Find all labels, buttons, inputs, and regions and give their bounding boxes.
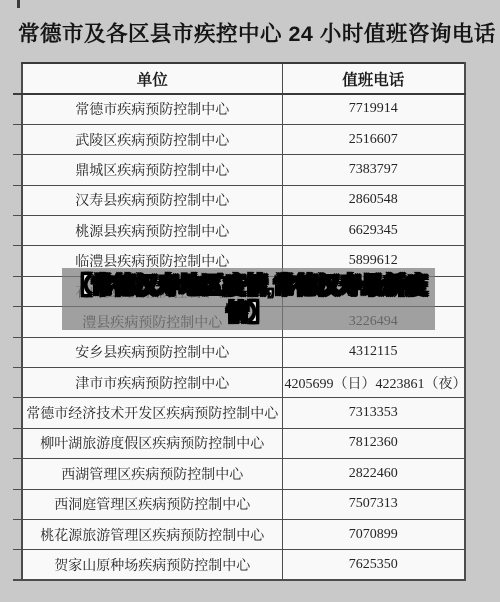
phone-cell: 7313353 [282,398,465,428]
phone-cell: 2822460 [282,459,465,489]
table-row: 津市市疾病预防控制中心 4205699（日）4223861（夜） [13,368,465,398]
unit-cell: 津市市疾病预防控制中心 [22,368,282,398]
row-left-stub [13,155,22,185]
row-left-stub [13,398,22,428]
phone-cell: 7719914 [282,94,465,124]
phone-cell: 7507313 [282,489,465,519]
table-row: 桃源县疾病预防控制中心 6629345 [13,216,465,246]
row-left-stub [13,94,22,124]
phone-cell: 6629345 [282,216,465,246]
phone-cell: 4205699（日）4223861（夜） [282,368,465,398]
table-row: 常德市疾病预防控制中心 7719914 [13,94,465,124]
row-left-stub [13,550,22,580]
unit-cell: 贺家山原种场疾病预防控制中心 [22,550,282,580]
table-row: 桃花源旅游管理区疾病预防控制中心 7070899 [13,519,465,549]
row-left-stub [13,519,22,549]
row-left-stub [13,185,22,215]
phone-cell: 7625350 [282,550,465,580]
table-row: 西湖管理区疾病预防控制中心 2822460 [13,459,465,489]
table-header-row: 单位 值班电话 [13,63,465,94]
unit-cell: 柳叶湖旅游度假区疾病预防控制中心 [22,428,282,458]
row-left-stub [13,124,22,154]
unit-cell: 桃源县疾病预防控制中心 [22,216,282,246]
unit-cell: 常德市疾病预防控制中心 [22,94,282,124]
unit-cell: 武陵区疾病预防控制中心 [22,124,282,154]
watermark-text-line2: 情】 [226,299,270,326]
document-stage: 常德市及各区县市疾控中心 24 小时值班咨询电话 单位 值班电话 常德市疾病预防… [0,0,500,602]
row-left-stub [13,368,22,398]
phone-cell: 2860548 [282,185,465,215]
unit-cell: 鼎城区疾病预防控制中心 [22,155,282,185]
table-row: 常德市经济技术开发区疾病预防控制中心 7313353 [13,398,465,428]
page: { "title": "常德市及各区县市疾控中心 24 小时值班咨询电话", "… [0,0,500,602]
phone-cell: 7812360 [282,428,465,458]
unit-cell: 西湖管理区疾病预防控制中心 [22,459,282,489]
column-header-phone: 值班电话 [282,63,465,94]
unit-cell: 桃花源旅游管理区疾病预防控制中心 [22,519,282,549]
row-left-stub [13,459,22,489]
row-left-stub [13,489,22,519]
table-row: 武陵区疾病预防控制中心 2516607 [13,124,465,154]
table-row: 西洞庭管理区疾病预防控制中心 7507313 [13,489,465,519]
row-left-stub [13,63,22,94]
table-row: 安乡县疾病预防控制中心 4312115 [13,337,465,367]
row-left-stub [13,246,22,276]
unit-cell: 安乡县疾病预防控制中心 [22,337,282,367]
crop-tick-mark [17,0,20,8]
table-row: 贺家山原种场疾病预防控制中心 7625350 [13,550,465,580]
row-left-stub [13,337,22,367]
phone-cell: 2516607 [282,124,465,154]
table-row: 鼎城区疾病预防控制中心 7383797 [13,155,465,185]
row-left-stub [13,307,22,337]
row-left-stub [13,428,22,458]
table-row: 汉寿县疾病预防控制中心 2860548 [13,185,465,215]
phone-cell: 4312115 [282,337,465,367]
row-left-stub [13,216,22,246]
watermark-overlay: 【常德汉寿地区疫情,常德汉寿最新疫 情】 [62,268,435,330]
column-header-unit: 单位 [22,63,282,94]
watermark-text-line1: 【常德汉寿地区疫情,常德汉寿最新疫 [69,272,427,299]
unit-cell: 常德市经济技术开发区疾病预防控制中心 [22,398,282,428]
unit-cell: 西洞庭管理区疾病预防控制中心 [22,489,282,519]
phone-cell: 7383797 [282,155,465,185]
page-title: 常德市及各区县市疾控中心 24 小时值班咨询电话 [18,17,496,48]
table-row: 柳叶湖旅游度假区疾病预防控制中心 7812360 [13,428,465,458]
phone-cell: 7070899 [282,519,465,549]
row-left-stub [13,276,22,306]
unit-cell: 汉寿县疾病预防控制中心 [22,185,282,215]
